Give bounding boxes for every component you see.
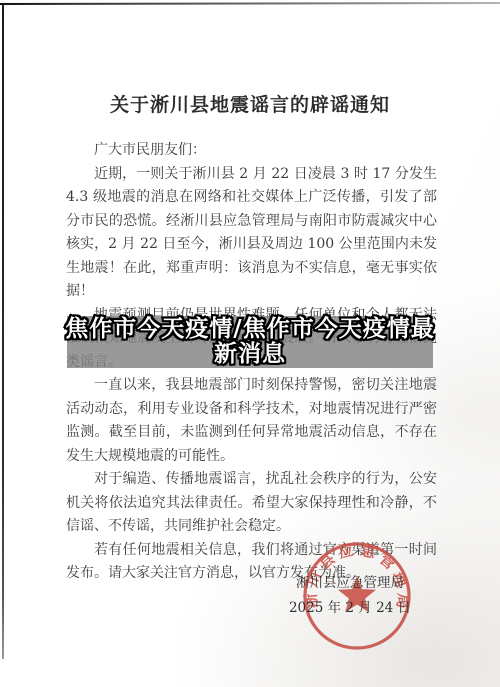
paragraph-1: 近期，一则关于淅川县 2 月 22 日凌晨 3 时 17 分发生 4.3 级地震… <box>66 163 437 304</box>
signature-block: 淅川县应急管理局 2025 年 2 月 24 日 <box>288 571 412 621</box>
watermark-overlay: 焦作市今天疫情/焦作市今天疫情最 新消息 <box>67 316 433 368</box>
photo-left-edge-line <box>2 4 4 659</box>
watermark-line-2: 新消息 <box>214 342 286 367</box>
salutation: 广大市民朋友们： <box>66 139 437 163</box>
watermark-line-1: 焦作市今天疫情/焦作市今天疫情最 <box>65 317 434 342</box>
notice-title: 关于淅川县地震谣言的辟谣通知 <box>60 90 440 117</box>
document-photo: 关于淅川县地震谣言的辟谣通知 广大市民朋友们： 近期，一则关于淅川县 2 月 2… <box>0 0 500 687</box>
signature-org: 淅川县应急管理局 <box>288 571 412 596</box>
paragraph-3: 一直以来，我县地震部门时刻保持警惕，密切关注地震活动动态，利用专业设备和科学技术… <box>66 374 437 468</box>
signature-date: 2025 年 2 月 24 日 <box>288 596 412 621</box>
paragraph-4: 对于编造、传播地震谣言，扰乱社会秩序的行为，公安机关将依法追究其法律责任。希望大… <box>66 468 437 539</box>
